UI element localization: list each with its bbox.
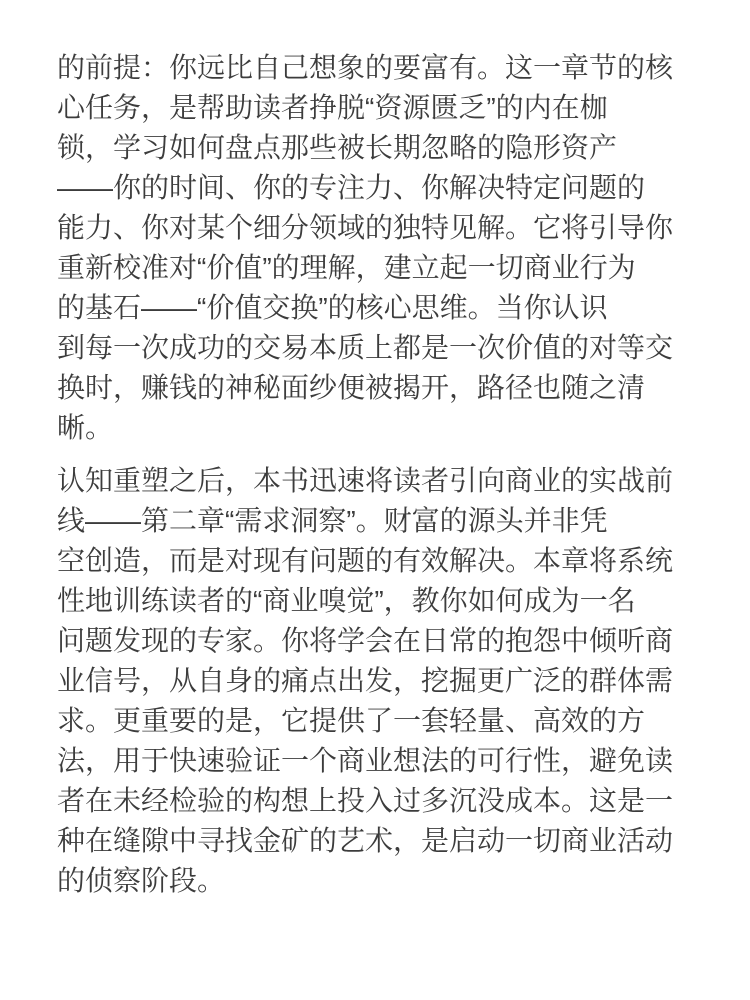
text-line: ——你的时间、你的专注力、你解决特定问题的 xyxy=(57,168,698,208)
text-line: 的前提：你远比自己想象的要富有。这一章节的核 xyxy=(57,48,698,88)
document-page: 的前提：你远比自己想象的要富有。这一章节的核心任务，是帮助读者挣脱“资源匮乏”的… xyxy=(0,0,750,1000)
text-line: 的基石——“价值交换”的核心思维。当你认识 xyxy=(57,288,698,328)
text-line: 重新校准对“价值”的理解，建立起一切商业行为 xyxy=(57,248,698,288)
text-line: 求。更重要的是，它提供了一套轻量、高效的方 xyxy=(57,701,698,741)
text-line: 种在缝隙中寻找金矿的艺术，是启动一切商业活动 xyxy=(57,821,698,861)
text-line: 性地训练读者的“商业嗅觉”，教你如何成为一名 xyxy=(57,581,698,621)
text-line: 的侦察阶段。 xyxy=(57,861,698,901)
text-line: 空创造，而是对现有问题的有效解决。本章将系统 xyxy=(57,541,698,581)
text-line: 业信号，从自身的痛点出发，挖掘更广泛的群体需 xyxy=(57,661,698,701)
text-line: 换时，赚钱的神秘面纱便被揭开，路径也随之清 xyxy=(57,368,698,408)
paragraph-2: 认知重塑之后，本书迅速将读者引向商业的实战前线——第二章“需求洞察”。财富的源头… xyxy=(57,461,698,901)
text-line: 认知重塑之后，本书迅速将读者引向商业的实战前 xyxy=(57,461,698,501)
text-line: 问题发现的专家。你将学会在日常的抱怨中倾听商 xyxy=(57,621,698,661)
text-line: 晰。 xyxy=(57,408,698,448)
document-content: 的前提：你远比自己想象的要富有。这一章节的核心任务，是帮助读者挣脱“资源匮乏”的… xyxy=(57,48,698,901)
text-line: 到每一次成功的交易本质上都是一次价值的对等交 xyxy=(57,328,698,368)
text-line: 线——第二章“需求洞察”。财富的源头并非凭 xyxy=(57,501,698,541)
text-line: 心任务，是帮助读者挣脱“资源匮乏”的内在枷 xyxy=(57,88,698,128)
paragraph-1: 的前提：你远比自己想象的要富有。这一章节的核心任务，是帮助读者挣脱“资源匮乏”的… xyxy=(57,48,698,448)
text-line: 法，用于快速验证一个商业想法的可行性，避免读 xyxy=(57,741,698,781)
text-line: 锁，学习如何盘点那些被长期忽略的隐形资产 xyxy=(57,128,698,168)
text-line: 者在未经检验的构想上投入过多沉没成本。这是一 xyxy=(57,781,698,821)
text-line: 能力、你对某个细分领域的独特见解。它将引导你 xyxy=(57,208,698,248)
